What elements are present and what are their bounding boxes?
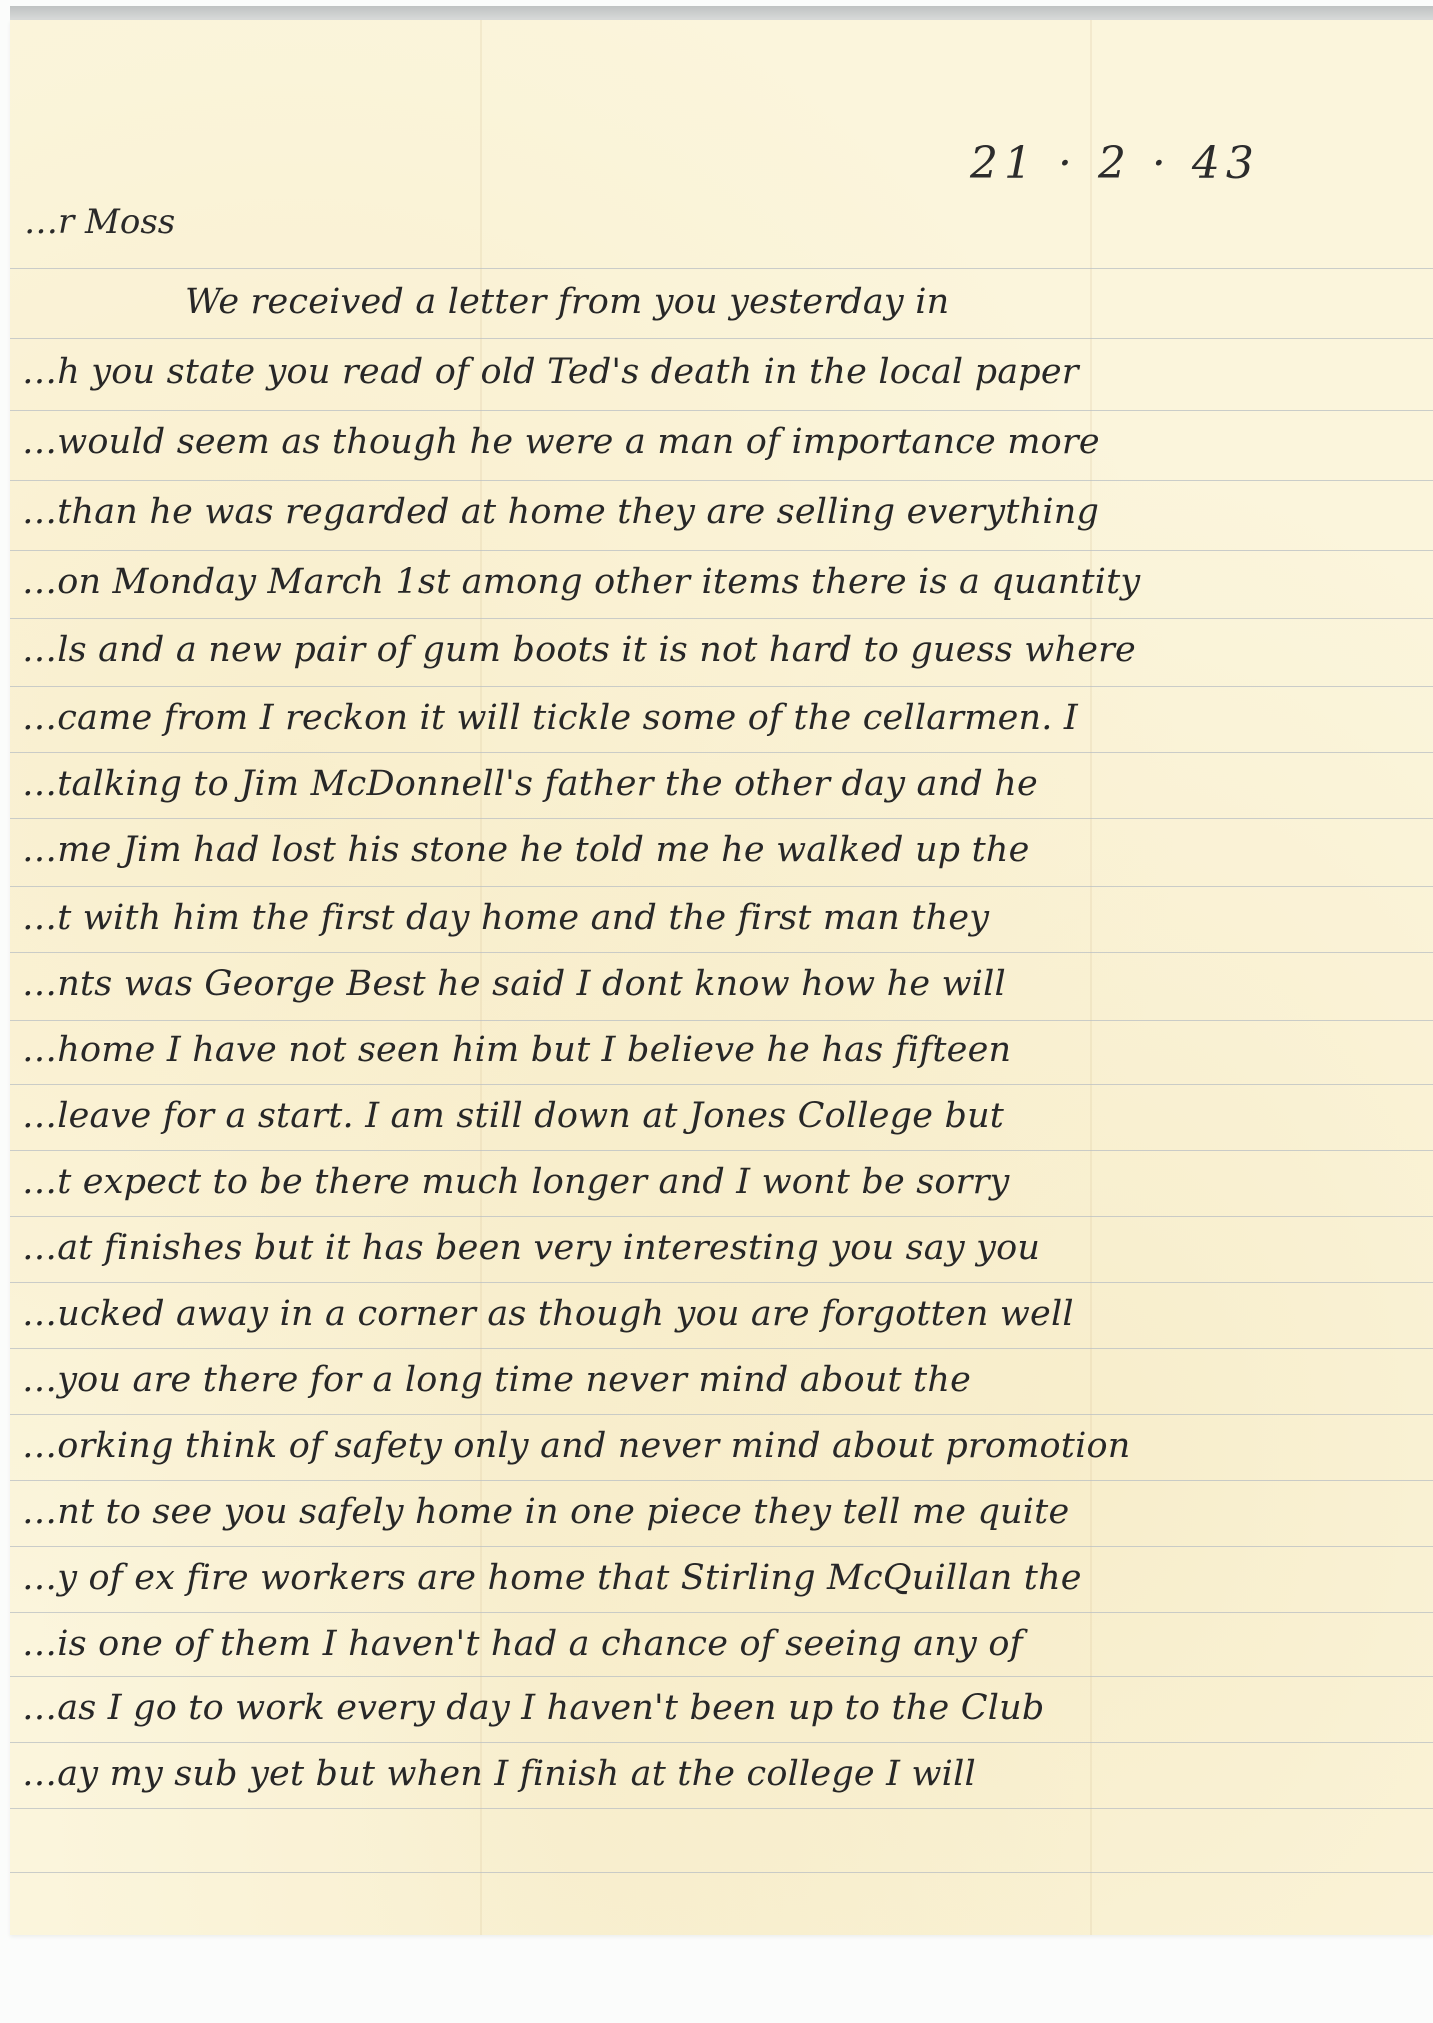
ruled-line xyxy=(10,480,1433,481)
letter-line: …came from I reckon it will tickle some … xyxy=(22,698,1422,738)
ruled-line xyxy=(10,1216,1433,1217)
ruled-line xyxy=(10,1612,1433,1613)
ruled-line xyxy=(10,1150,1433,1151)
ruled-line xyxy=(10,1546,1433,1547)
letter-line: …y of ex fire workers are home that Stir… xyxy=(22,1558,1422,1598)
ruled-line xyxy=(10,550,1433,551)
letter-line: …nts was George Best he said I dont know… xyxy=(22,964,1422,1004)
letter-date: 21 · 2 · 43 xyxy=(970,138,1260,189)
letter-page: 21 · 2 · 43 …r Moss We received a letter… xyxy=(10,20,1433,1935)
letter-line: …me Jim had lost his stone he told me he… xyxy=(22,830,1422,870)
letter-line: …ay my sub yet but when I finish at the … xyxy=(22,1754,1422,1794)
letter-line: …h you state you read of old Ted's death… xyxy=(22,352,1422,392)
letter-line: …ucked away in a corner as though you ar… xyxy=(22,1294,1422,1334)
letter-line: …home I have not seen him but I believe … xyxy=(22,1030,1422,1070)
ruled-line xyxy=(10,1872,1433,1873)
letter-line: …is one of them I haven't had a chance o… xyxy=(22,1624,1422,1664)
letter-line: …t with him the first day home and the f… xyxy=(22,898,1422,938)
letter-line: …as I go to work every day I haven't bee… xyxy=(22,1688,1422,1728)
ruled-line xyxy=(10,818,1433,819)
ruled-line xyxy=(10,1020,1433,1021)
letter-line: We received a letter from you yesterday … xyxy=(185,282,1433,322)
letter-line: …you are there for a long time never min… xyxy=(22,1360,1422,1400)
ruled-line xyxy=(10,1808,1433,1809)
letter-line: …nt to see you safely home in one piece … xyxy=(22,1492,1422,1532)
ruled-line xyxy=(10,1676,1433,1677)
ruled-line xyxy=(10,1480,1433,1481)
letter-line: …on Monday March 1st among other items t… xyxy=(22,562,1422,602)
letter-line: …at finishes but it has been very intere… xyxy=(22,1228,1422,1268)
letter-line: …than he was regarded at home they are s… xyxy=(22,492,1422,532)
ruled-line xyxy=(10,886,1433,887)
ruled-line xyxy=(10,1414,1433,1415)
ruled-line xyxy=(10,268,1433,269)
salutation: …r Moss xyxy=(24,202,175,242)
ruled-line xyxy=(10,618,1433,619)
letter-line: …t expect to be there much longer and I … xyxy=(22,1162,1422,1202)
letter-line: …ls and a new pair of gum boots it is no… xyxy=(22,630,1422,670)
ruled-line xyxy=(10,410,1433,411)
ruled-line xyxy=(10,1084,1433,1085)
ruled-line xyxy=(10,752,1433,753)
letter-line: …talking to Jim McDonnell's father the o… xyxy=(22,764,1422,804)
letter-line: …orking think of safety only and never m… xyxy=(22,1426,1422,1466)
ruled-line xyxy=(10,338,1433,339)
ruled-line xyxy=(10,952,1433,953)
letter-line: …would seem as though he were a man of i… xyxy=(22,422,1422,462)
ruled-line xyxy=(10,1282,1433,1283)
ruled-line xyxy=(10,1348,1433,1349)
ruled-line xyxy=(10,686,1433,687)
letter-line: …leave for a start. I am still down at J… xyxy=(22,1096,1422,1136)
ruled-line xyxy=(10,1742,1433,1743)
